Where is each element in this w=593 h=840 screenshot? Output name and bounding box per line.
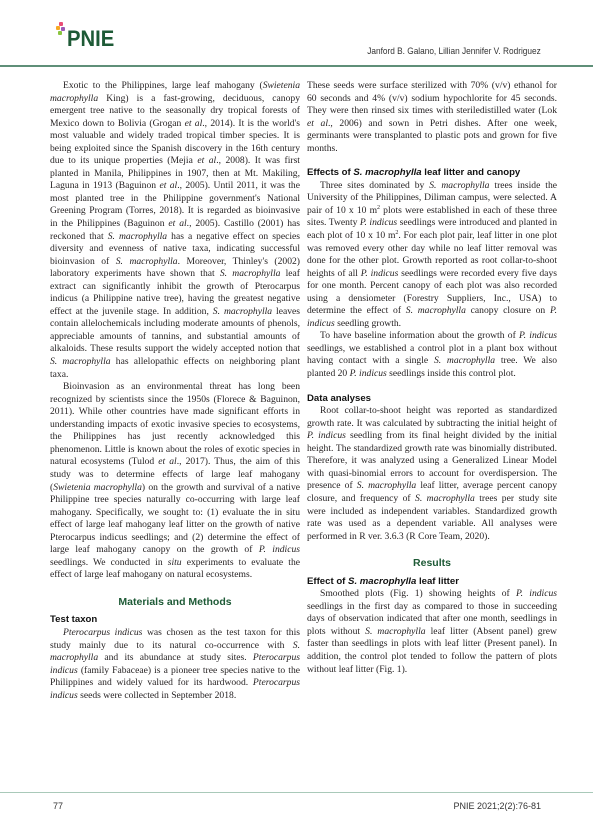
footer-divider: [0, 792, 593, 793]
data-analyses-paragraph: Root collar-to-shoot height was reported…: [307, 405, 557, 543]
left-column: Exotic to the Philippines, large leaf ma…: [50, 80, 300, 702]
right-column: These seeds were surface sterilized with…: [307, 80, 557, 676]
subheading-test-taxon: Test taxon: [50, 614, 300, 627]
journal-citation: PNIE 2021;2(2):76-81: [453, 801, 541, 811]
effects-paragraph-2: To have baseline information about the g…: [307, 330, 557, 380]
logo-text: PNIE: [67, 28, 114, 50]
journal-logo: PNIE: [56, 28, 118, 50]
results-paragraph: Smoothed plots (Fig. 1) showing heights …: [307, 588, 557, 676]
test-taxon-paragraph: Pterocarpus indicus was chosen as the te…: [50, 627, 300, 702]
page-number: 77: [53, 801, 63, 811]
subheading-effect-leaf-litter: Effect of S. macrophylla leaf litter: [307, 576, 557, 589]
seeds-paragraph: These seeds were surface sterilized with…: [307, 80, 557, 155]
logo-mark-icon: [56, 22, 66, 36]
subheading-data-analyses: Data analyses: [307, 393, 557, 406]
section-heading-methods: Materials and Methods: [50, 596, 300, 609]
intro-paragraph-2: Bioinvasion as an environmental threat h…: [50, 381, 300, 582]
page-header: PNIE Janford B. Galano, Lillian Jennifer…: [0, 0, 593, 67]
subheading-effects: Effects of S. macrophylla leaf litter an…: [307, 167, 557, 180]
header-divider: [0, 65, 593, 67]
spacer: [307, 155, 557, 167]
author-names: Janford B. Galano, Lillian Jennifer V. R…: [368, 46, 541, 56]
effects-paragraph-1: Three sites dominated by S. macrophylla …: [307, 180, 557, 331]
spacer: [307, 381, 557, 393]
intro-paragraph-1: Exotic to the Philippines, large leaf ma…: [50, 80, 300, 381]
section-heading-results: Results: [307, 557, 557, 570]
